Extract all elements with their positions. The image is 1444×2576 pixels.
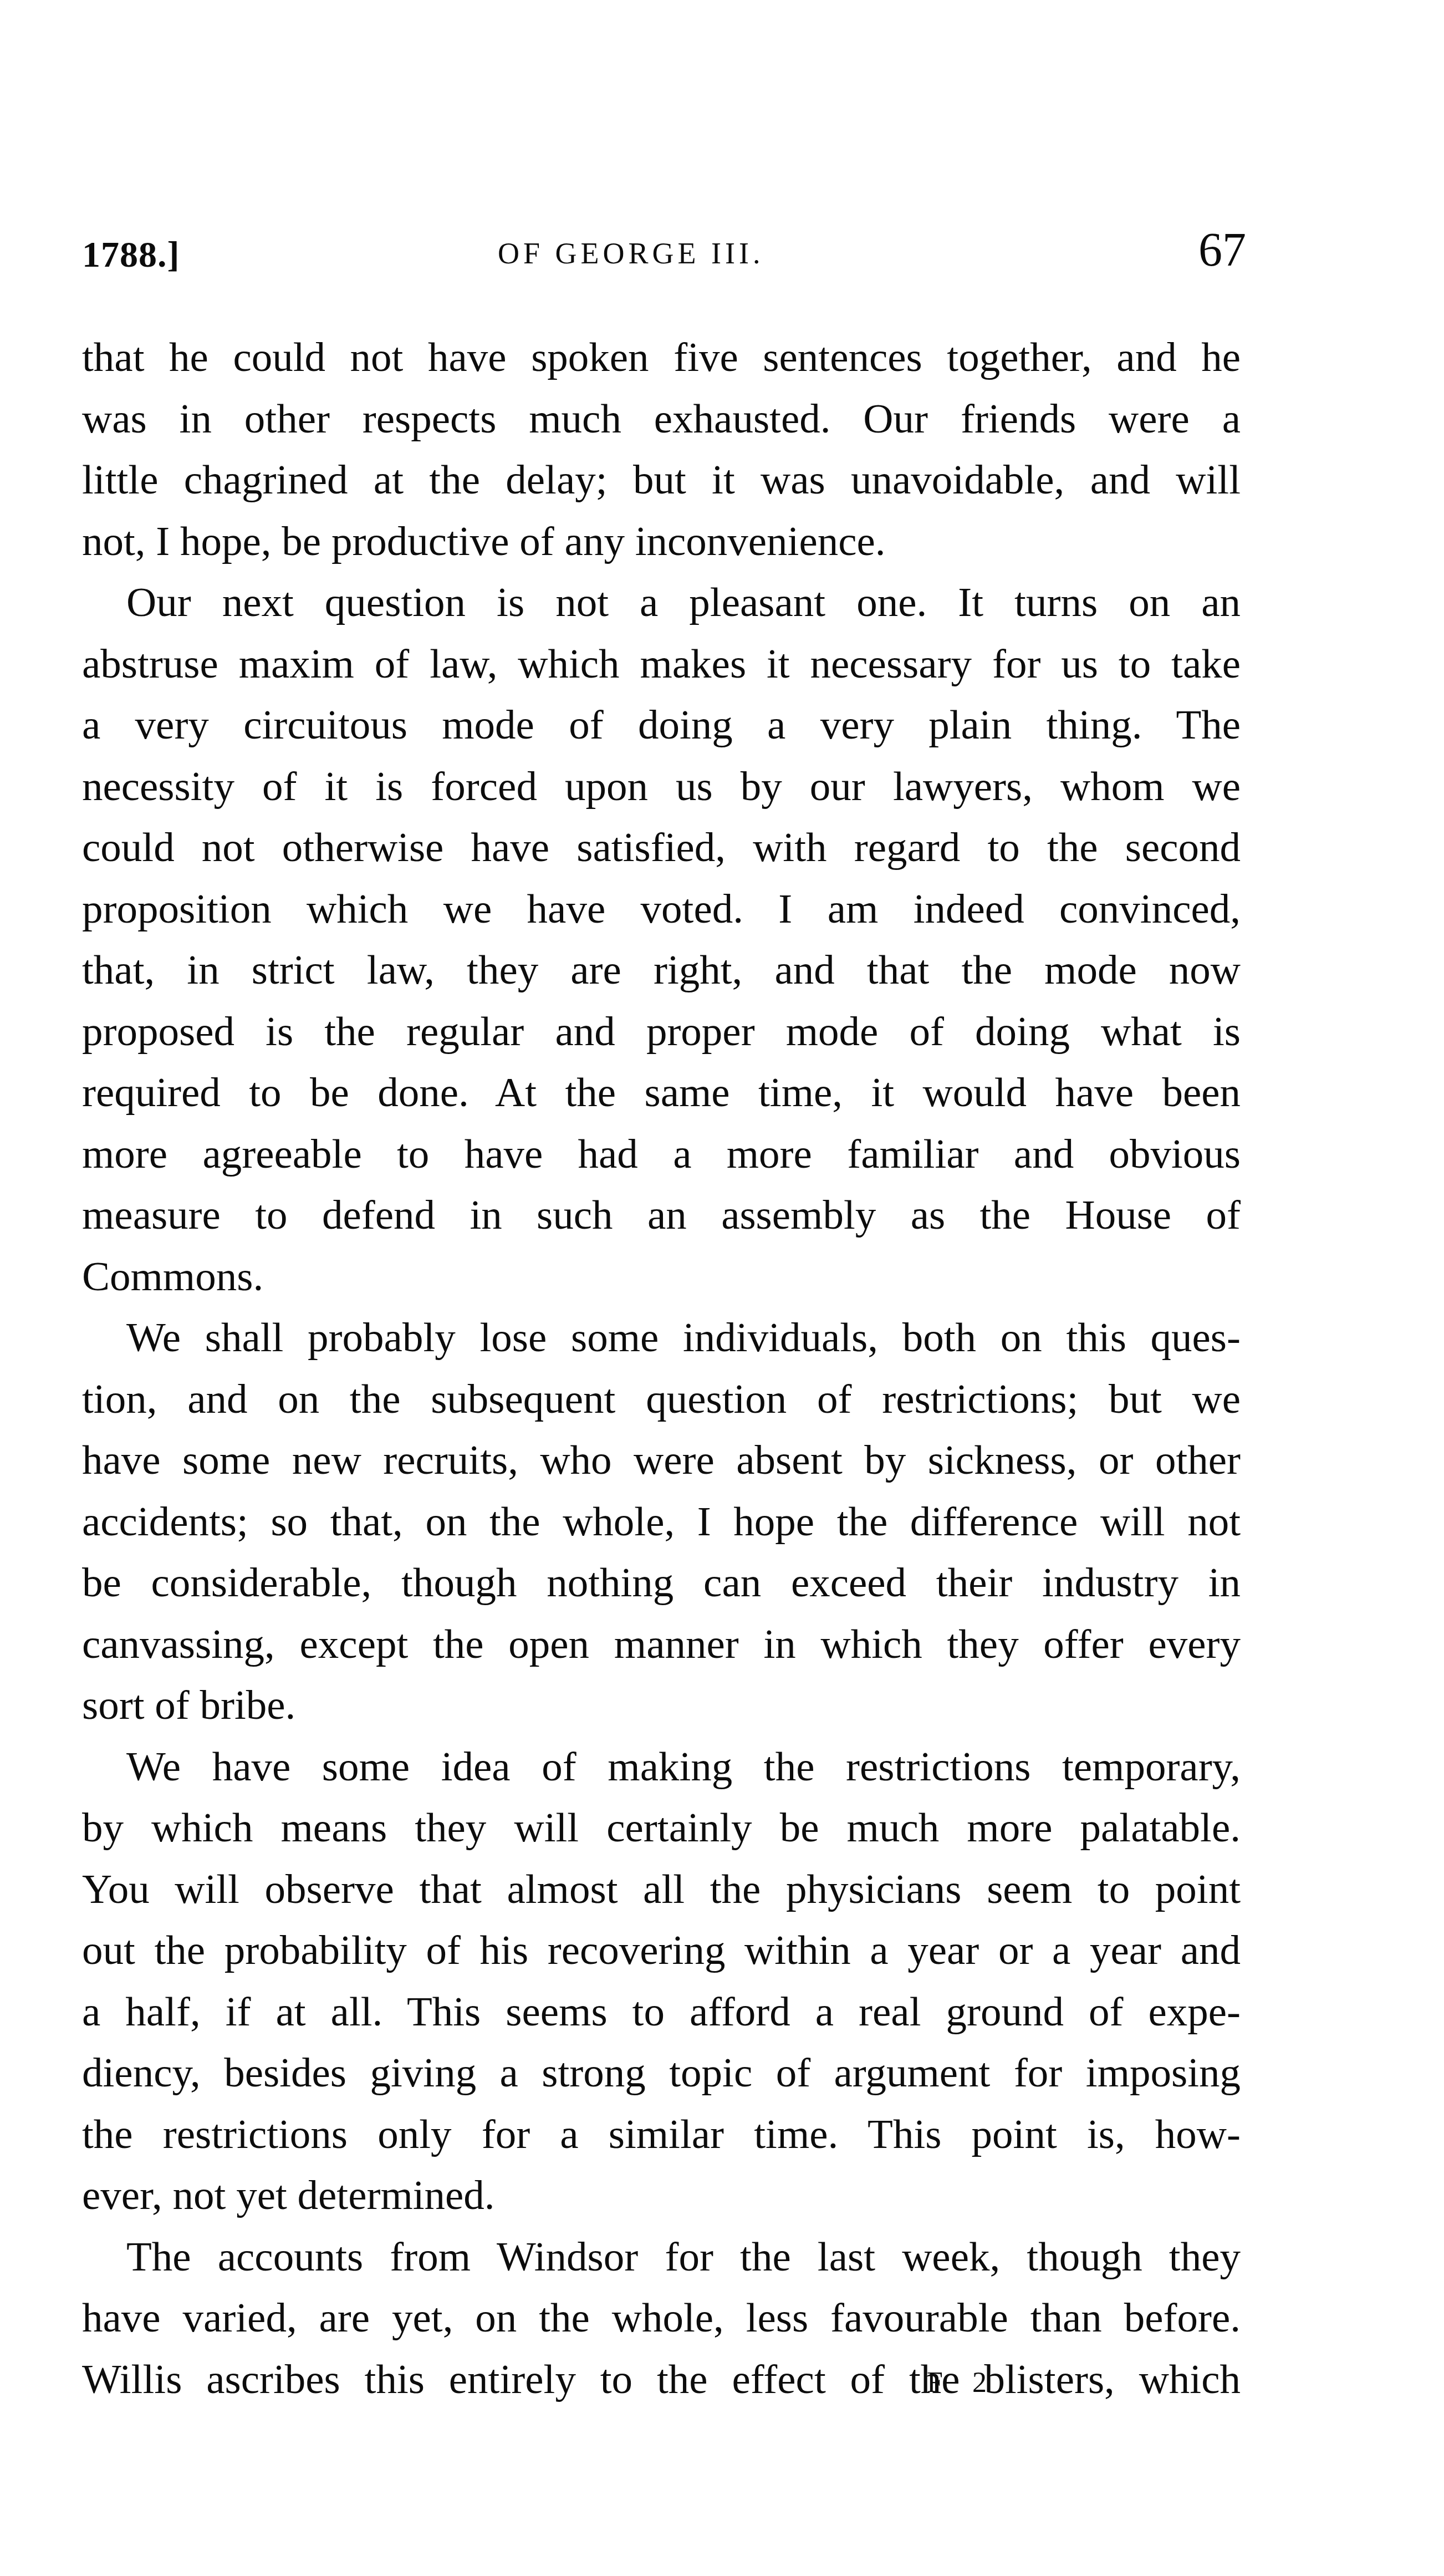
running-head: 1788.] OF GEORGE III. 67 — [82, 222, 1241, 283]
text-line: that he could not have spoken five sente… — [82, 327, 1241, 389]
text-line: canvassing, except the open manner in wh… — [82, 1614, 1241, 1676]
text-line: We have some idea of making the restrict… — [82, 1737, 1241, 1798]
text-line: be considerable, though nothing can exce… — [82, 1552, 1241, 1614]
paragraph: Our next question is not a pleasant one.… — [82, 572, 1241, 1307]
text-line: required to be done. At the same time, i… — [82, 1062, 1241, 1124]
paragraph: We shall probably lose some individuals,… — [82, 1307, 1241, 1737]
text-line: a half, if at all. This seems to afford … — [82, 1982, 1241, 2043]
text-line: sort of bribe. — [82, 1675, 1241, 1737]
body-text: that he could not have spoken five sente… — [82, 327, 1241, 2410]
text-line: a very circuitous mode of doing a very p… — [82, 695, 1241, 756]
book-page: 1788.] OF GEORGE III. 67 that he could n… — [0, 0, 1444, 2576]
paragraph: that he could not have spoken five sente… — [82, 327, 1241, 572]
paragraph: The accounts from Windsor for the last w… — [82, 2227, 1241, 2411]
text-line: Our next question is not a pleasant one.… — [82, 572, 1241, 634]
text-line: that, in strict law, they are right, and… — [82, 940, 1241, 1001]
running-head-title: OF GEORGE III. — [498, 236, 764, 271]
text-line: Willis ascribes this entirely to the eff… — [82, 2349, 1241, 2411]
text-line: little chagrined at the delay; but it wa… — [82, 450, 1241, 511]
text-line: was in other respects much exhausted. Ou… — [82, 389, 1241, 450]
text-line: We shall probably lose some individuals,… — [82, 1307, 1241, 1369]
text-line: out the probability of his recovering wi… — [82, 1920, 1241, 1982]
text-line: more agreeable to have had a more famili… — [82, 1124, 1241, 1185]
text-line: tion, and on the subsequent question of … — [82, 1369, 1241, 1430]
text-line: measure to defend in such an assembly as… — [82, 1185, 1241, 1246]
text-line: ever, not yet determined. — [82, 2165, 1241, 2227]
text-line: proposition which we have voted. I am in… — [82, 879, 1241, 940]
text-line: Commons. — [82, 1246, 1241, 1308]
page-number: 67 — [1198, 222, 1246, 277]
signature-mark: F 2 — [927, 2366, 998, 2399]
running-head-year: 1788.] — [82, 234, 180, 276]
text-line: not, I hope, be productive of any inconv… — [82, 511, 1241, 573]
text-line: could not otherwise have satisfied, with… — [82, 817, 1241, 879]
text-line: the restrictions only for a similar time… — [82, 2104, 1241, 2166]
text-line: by which means they will certainly be mu… — [82, 1798, 1241, 1859]
paragraph: We have some idea of making the restrict… — [82, 1737, 1241, 2227]
text-line: accidents; so that, on the whole, I hope… — [82, 1491, 1241, 1553]
text-line: have varied, are yet, on the whole, less… — [82, 2288, 1241, 2349]
text-line: proposed is the regular and proper mode … — [82, 1001, 1241, 1063]
text-line: You will observe that almost all the phy… — [82, 1859, 1241, 1921]
text-line: have some new recruits, who were absent … — [82, 1430, 1241, 1491]
text-line: abstruse maxim of law, which makes it ne… — [82, 634, 1241, 695]
text-line: The accounts from Windsor for the last w… — [82, 2227, 1241, 2288]
text-line: necessity of it is forced upon us by our… — [82, 756, 1241, 818]
text-line: diency, besides giving a strong topic of… — [82, 2043, 1241, 2104]
